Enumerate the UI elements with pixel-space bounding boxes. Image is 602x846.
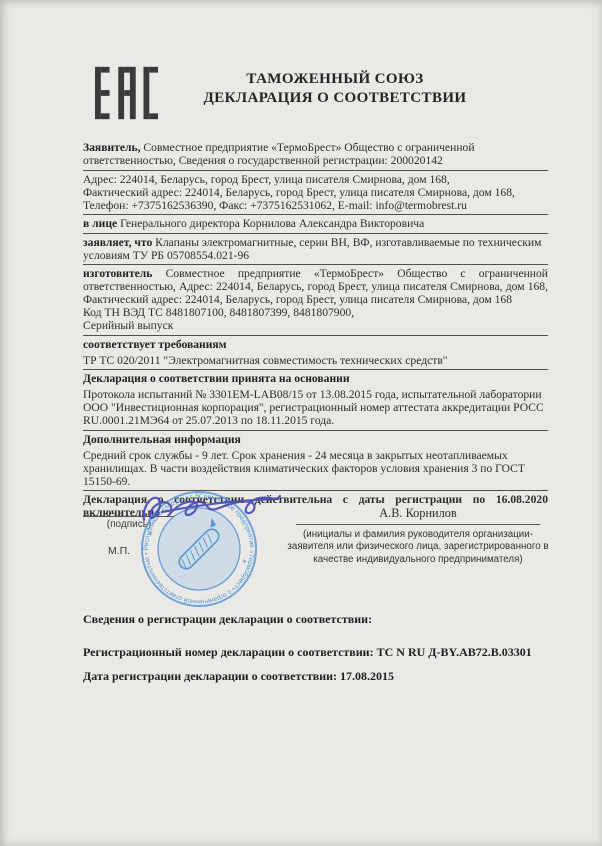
- in-person-text: Генерального директора Корнилова Алексан…: [117, 217, 424, 230]
- address-line3: Телефон: +7375162536390, Факс: +73751625…: [83, 199, 548, 212]
- conforms-text: ТР ТС 020/2011 "Электромагнитная совмест…: [83, 354, 548, 367]
- title-declaration: ДЕКЛАРАЦИЯ О СООТВЕТСТВИИ: [120, 89, 550, 108]
- declaration-body: Заявитель, Совместное предприятие «Термо…: [83, 139, 548, 522]
- signature-scribble: [138, 482, 288, 537]
- row-basis: Декларация о соответствии принята на осн…: [83, 370, 548, 431]
- basis-text: Протокола испытаний № 3301EM-LAB08/15 от…: [83, 388, 548, 427]
- registration-info: Сведения о регистрации декларации о соот…: [83, 612, 553, 684]
- head-name-line: [296, 524, 540, 525]
- applicant-text: Совместное предприятие «ТермоБрест» Обще…: [83, 141, 475, 167]
- row-applicant: Заявитель, Совместное предприятие «Термо…: [83, 139, 548, 171]
- address-line1: Адрес: 224014, Беларусь, город Брест, ул…: [83, 173, 548, 186]
- row-declares: заявляет, что Клапаны электромагнитные, …: [83, 234, 548, 266]
- registration-date-label: Дата регистрации декларации о соответств…: [83, 669, 340, 683]
- manufacturer-paragraph: изготовитель Совместное предприятие «Тер…: [83, 267, 548, 306]
- registration-date-line: Дата регистрации декларации о соответств…: [83, 669, 553, 684]
- in-person-label: в лице: [83, 217, 117, 230]
- registration-date-value: 17.08.2015: [340, 669, 394, 683]
- row-conforms: соответствует требованиям ТР ТС 020/2011…: [83, 336, 548, 371]
- document-title: ТАМОЖЕННЫЙ СОЮЗ ДЕКЛАРАЦИЯ О СООТВЕТСТВИ…: [120, 70, 550, 108]
- stamp-star-right: *: [242, 558, 247, 568]
- registration-number-line: Регистрационный номер декларации о соотв…: [83, 645, 553, 660]
- manufacturer-label: изготовитель: [83, 267, 152, 280]
- title-customs-union: ТАМОЖЕННЫЙ СОЮЗ: [120, 70, 550, 89]
- registration-number-label: Регистрационный номер декларации о соотв…: [83, 645, 377, 659]
- row-manufacturer: изготовитель Совместное предприятие «Тер…: [83, 265, 548, 336]
- seal-place-label: М.П.: [108, 545, 130, 557]
- additional-info-header: Дополнительная информация: [83, 433, 548, 446]
- declares-text: Клапаны электромагнитные, серии ВН, ВФ, …: [83, 236, 541, 262]
- row-address: Адрес: 224014, Беларусь, город Брест, ул…: [83, 171, 548, 216]
- basis-header: Декларация о соответствии принята на осн…: [83, 372, 548, 385]
- conforms-header: соответствует требованиям: [83, 338, 548, 351]
- registration-number-value: ТС N RU Д-BY.АВ72.В.03301: [377, 645, 532, 659]
- applicant-label: Заявитель,: [83, 141, 141, 154]
- manufacturer-text: Совместное предприятие «ТермоБрест» Обще…: [83, 267, 548, 306]
- tnved-code-line: Код ТН ВЭД ТС 8481807100, 8481807399, 84…: [83, 306, 548, 319]
- serial-release-line: Серийный выпуск: [83, 319, 548, 332]
- head-name-caption: (инициалы и фамилия руководителя организ…: [283, 529, 553, 566]
- row-in-person: в лице Генерального директора Корнилова …: [83, 215, 548, 234]
- declares-label: заявляет, что: [83, 236, 152, 249]
- address-line2: Фактический адрес: 224014, Беларусь, гор…: [83, 186, 548, 199]
- declaration-document: { "header": { "eac_mark": "EAC", "title_…: [0, 0, 602, 846]
- head-name: А.В. Корнилов: [296, 506, 540, 521]
